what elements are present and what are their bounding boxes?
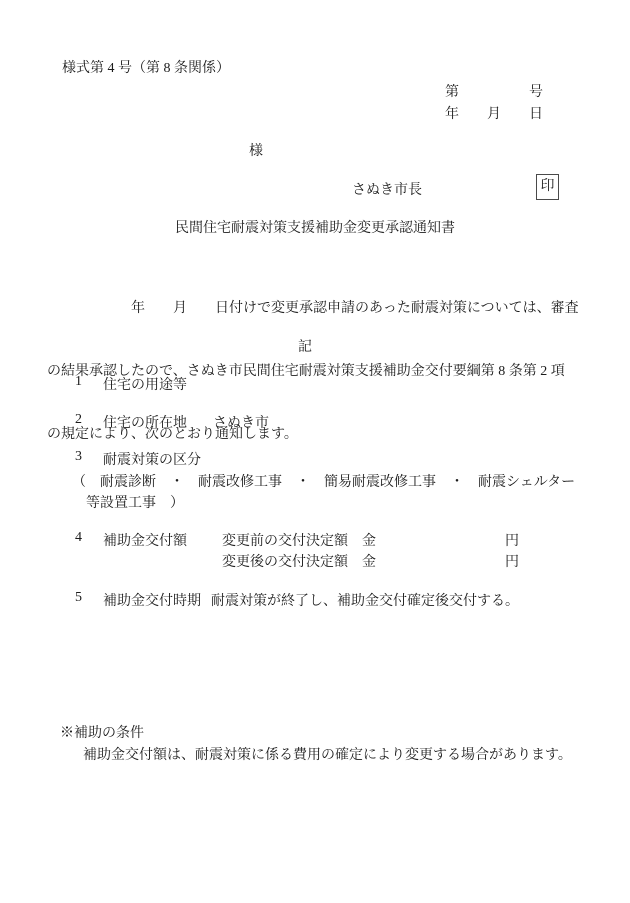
item-4-row-2-label: 変更後の交付決定額 xyxy=(222,551,348,571)
item-5-label: 補助金交付時期 xyxy=(103,590,201,610)
item-3-label: 耐震対策の区分 xyxy=(103,449,201,469)
item-5: 5 補助金交付時期 耐震対策が終了し、補助金交付確定後交付する。 xyxy=(75,590,519,610)
date-line: 年 月 日 xyxy=(445,103,543,123)
item-4-number: 4 xyxy=(75,530,103,546)
item-4: 4 補助金交付額 変更前の交付決定額 金 円 xyxy=(75,530,555,550)
item-4-label: 補助金交付額 xyxy=(103,530,222,550)
item-4-row-2: 変更後の交付決定額 金 円 xyxy=(222,551,555,571)
item-2-number: 2 xyxy=(75,412,103,428)
form-number-label: 様式第 4 号（第 8 条関係） xyxy=(62,57,230,77)
item-4-row-1-label: 変更前の交付決定額 xyxy=(222,530,348,550)
document-title: 民間住宅耐震対策支援補助金変更承認通知書 xyxy=(0,217,630,237)
item-2-value: さぬき市 xyxy=(213,412,269,432)
item-5-number: 5 xyxy=(75,590,103,606)
item-1: 1 住宅の用途等 xyxy=(75,374,187,394)
item-3-number: 3 xyxy=(75,449,103,465)
item-3: 3 耐震対策の区分 xyxy=(75,449,201,469)
item-1-label: 住宅の用途等 xyxy=(103,374,187,394)
item-4-row-1-currency-prefix: 金 xyxy=(362,530,376,550)
item-1-number: 1 xyxy=(75,374,103,390)
item-4-row-2-unit: 円 xyxy=(505,551,519,571)
note-body: 補助金交付額は、耐震対策に係る費用の確定により変更する場合があります。 xyxy=(83,744,572,764)
record-marker: 記 xyxy=(0,336,610,356)
item-3-options-line-2: 等設置工事 ） xyxy=(72,492,184,512)
item-3-options-line-1: （ 耐震診断 ・ 耐震改修工事 ・ 簡易耐震改修工事 ・ 耐震シェルター xyxy=(72,471,575,491)
notice-document-page: 様式第 4 号（第 8 条関係） 第 号 年 月 日 様 さぬき市長 印 民間住… xyxy=(0,0,630,903)
item-5-value: 耐震対策が終了し、補助金交付確定後交付する。 xyxy=(211,590,519,610)
seal-box: 印 xyxy=(536,174,559,200)
document-number-line: 第 号 xyxy=(445,81,543,101)
item-4-row-2-currency-prefix: 金 xyxy=(362,551,376,571)
item-2: 2 住宅の所在地 さぬき市 xyxy=(75,412,269,432)
addressee-honorific: 様 xyxy=(249,140,263,160)
note-header: ※補助の条件 xyxy=(60,722,144,742)
body-line-1: 年 月 日付けで変更承認申請のあった耐震対策については、審査 xyxy=(47,298,587,319)
item-2-label: 住宅の所在地 xyxy=(103,412,187,432)
item-4-row-1-unit: 円 xyxy=(505,530,519,550)
sender-title: さぬき市長 xyxy=(352,179,422,199)
